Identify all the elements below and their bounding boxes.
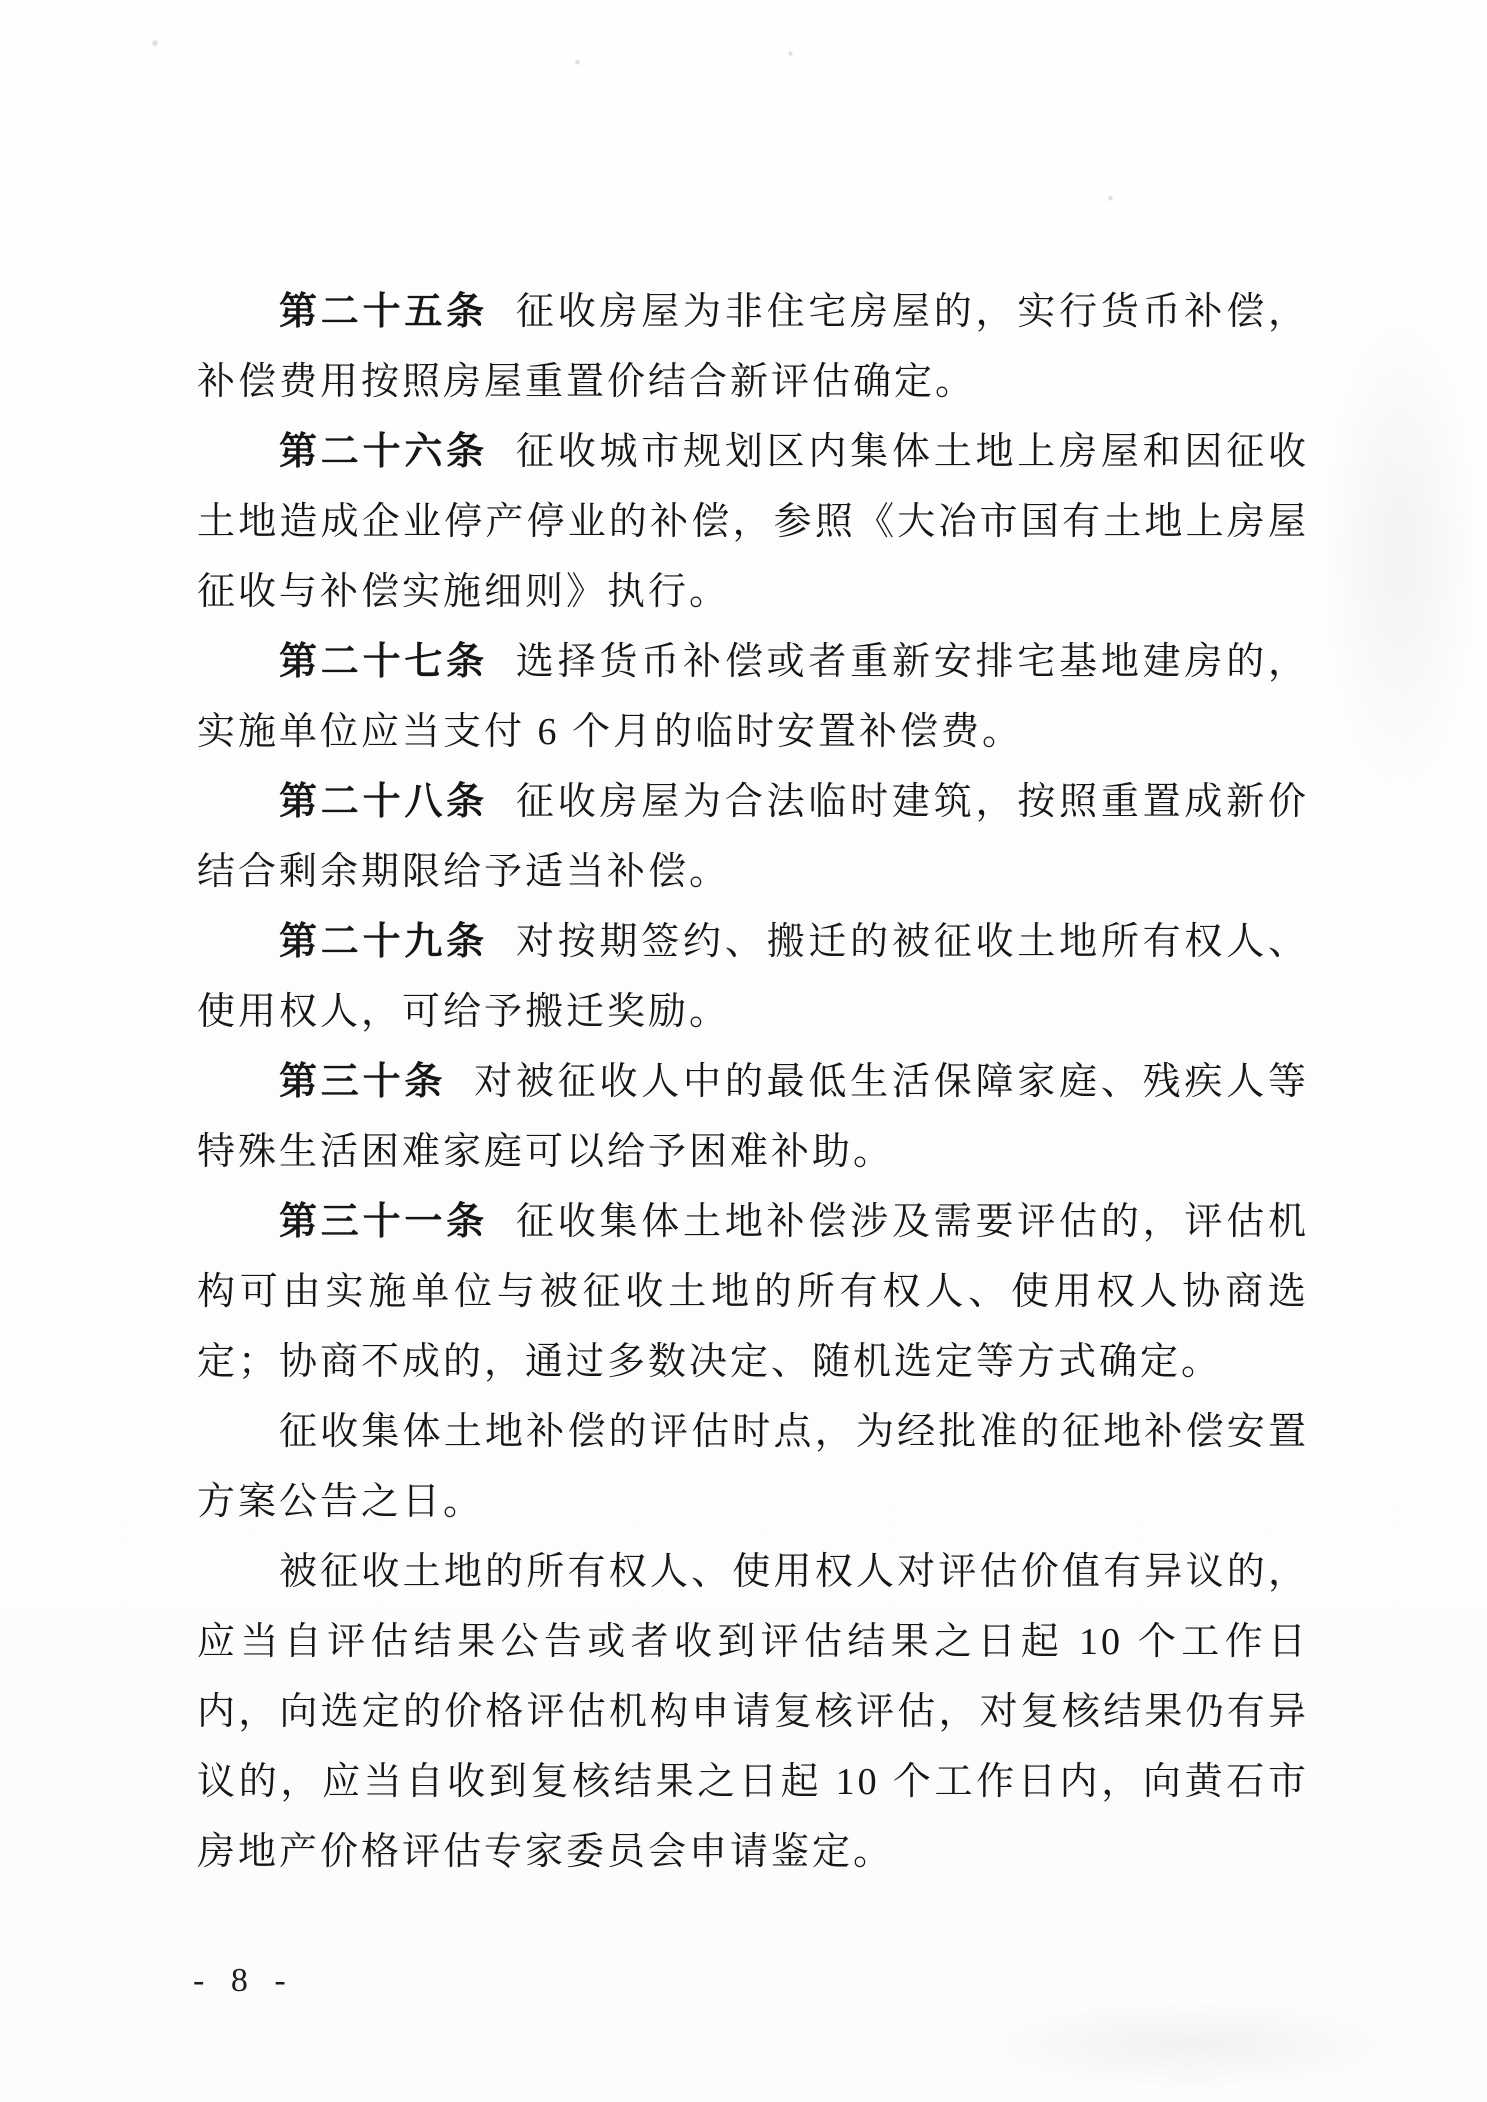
article-paragraph: 第二十六条征收城市规划区内集体土地上房屋和因征收土地造成企业停产停业的补偿，参照… (197, 417, 1309, 627)
body-paragraph: 被征收土地的所有权人、使用权人对评估价值有异议的，应当自评估结果公告或者收到评估… (197, 1537, 1309, 1887)
article-paragraph: 第二十七条选择货币补偿或者重新安排宅基地建房的，实施单位应当支付 6 个月的临时… (197, 627, 1309, 767)
article-paragraph: 第二十八条征收房屋为合法临时建筑，按照重置成新价结合剩余期限给予适当补偿。 (197, 767, 1309, 907)
document-page: 第二十五条征收房屋为非住宅房屋的，实行货币补偿，补偿费用按照房屋重置价结合新评估… (0, 0, 1487, 2102)
article-number: 第二十六条 (279, 431, 488, 473)
article-text: 被征收土地的所有权人、使用权人对评估价值有异议的，应当自评估结果公告或者收到评估… (197, 1551, 1309, 1873)
article-text: 征收集体土地补偿的评估时点，为经批准的征地补偿安置方案公告之日。 (197, 1411, 1309, 1523)
scan-speck (575, 58, 580, 66)
article-number: 第二十七条 (279, 641, 488, 683)
article-number: 第二十八条 (279, 781, 488, 823)
scan-speck (152, 38, 158, 48)
article-paragraph: 第二十五条征收房屋为非住宅房屋的，实行货币补偿，补偿费用按照房屋重置价结合新评估… (197, 277, 1309, 417)
page-number: - 8 - (193, 1962, 295, 2000)
scan-smudge (980, 2000, 1400, 2090)
scan-speck (788, 50, 793, 57)
article-paragraph: 第三十条对被征收人中的最低生活保障家庭、残疾人等特殊生活困难家庭可以给予困难补助… (197, 1047, 1309, 1187)
article-number: 第三十条 (279, 1061, 446, 1103)
article-number: 第二十五条 (279, 291, 488, 333)
body-paragraph: 征收集体土地补偿的评估时点，为经批准的征地补偿安置方案公告之日。 (197, 1397, 1309, 1537)
scan-speck (1108, 194, 1113, 202)
article-paragraph: 第三十一条征收集体土地补偿涉及需要评估的，评估机构可由实施单位与被征收土地的所有… (197, 1187, 1309, 1397)
article-number: 第三十一条 (279, 1201, 488, 1243)
document-body: 第二十五条征收房屋为非住宅房屋的，实行货币补偿，补偿费用按照房屋重置价结合新评估… (197, 277, 1309, 1887)
article-paragraph: 第二十九条对按期签约、搬迁的被征收土地所有权人、使用权人，可给予搬迁奖励。 (197, 907, 1309, 1047)
article-number: 第二十九条 (279, 921, 488, 963)
scan-smudge (1320, 300, 1480, 800)
